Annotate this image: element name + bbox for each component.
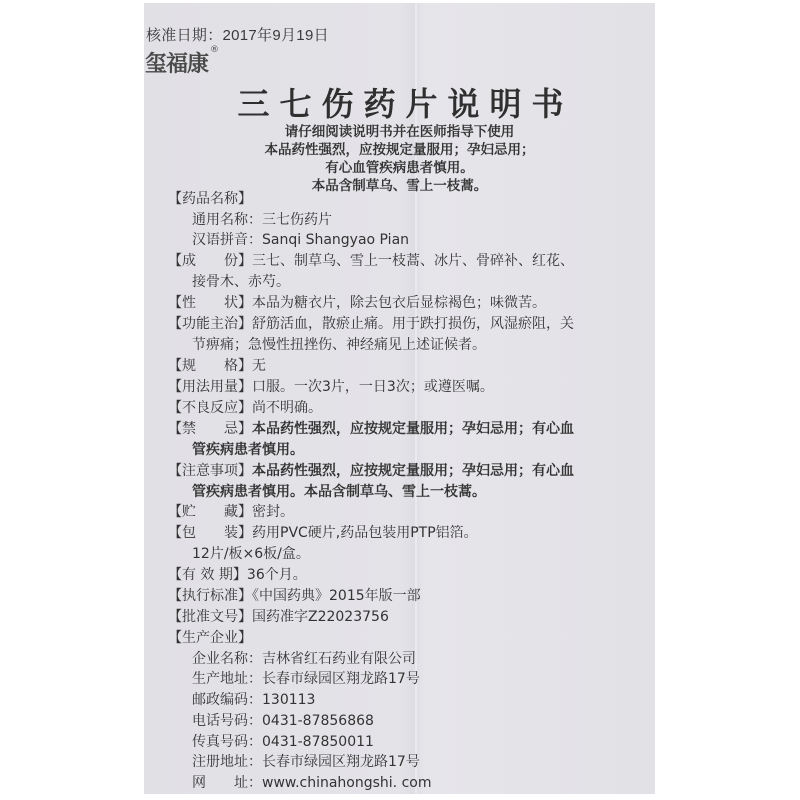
field-label: 企业名称： <box>192 651 262 667</box>
brand-logo: 玺福康® <box>145 47 216 78</box>
section-precautions: 【注意事项】本品药性强烈，应按规定量服用；孕妇忌用；有心血 管疾病患者慎用。本品… <box>168 461 574 502</box>
section-value-cont: 接骨木、赤芍。 <box>168 272 574 293</box>
section-dosage: 【用法用量】口服。一次3片，一日3次；或遵医嘱。 <box>168 377 494 398</box>
registered-mark: ® <box>210 45 218 55</box>
section-value: 无 <box>252 358 266 374</box>
section-label: 【规 格】 <box>168 358 252 374</box>
section-label: 【注意事项】 <box>168 463 252 479</box>
section-standard: 【执行标准】《中国药典》2015年版一部 <box>168 586 421 607</box>
section-value: 密封。 <box>252 504 294 520</box>
field-value: 0431-87850011 <box>262 734 374 750</box>
field-value: 长春市绿园区翔龙路17号 <box>262 754 420 770</box>
section-indications: 【功能主治】舒筋活血，散瘀止痛。用于跌打损伤，风湿瘀阻，关 节痹痛；急慢性扭挫伤… <box>168 314 574 355</box>
field-label: 生产地址： <box>192 671 262 687</box>
section-value: 舒筋活血，散瘀止痛。用于跌打损伤，风湿瘀阻，关 <box>252 316 574 332</box>
section-value: 三七、制草乌、雪上一枝蒿、冰片、骨碎补、红花、 <box>252 253 574 269</box>
manufacturer-row: 电话号码：0431-87856868 <box>168 711 431 732</box>
section-value: 本品为糖衣片，除去包衣后显棕褐色；味微苦。 <box>252 295 546 311</box>
section-label: 【药品名称】 <box>168 189 409 210</box>
section-value-cont: 管疾病患者慎用。本品含制草乌、雪上一枝蒿。 <box>168 482 574 503</box>
section-expiry: 【有 效 期】36个月。 <box>168 565 307 586</box>
field-value: 长春市绿园区翔龙路17号 <box>262 671 420 687</box>
brand-name: 玺福康 <box>145 52 208 77</box>
website-value: www.chinahongshi. com <box>262 775 431 791</box>
section-label: 【用法用量】 <box>168 379 252 395</box>
section-manufacturer: 【生产企业】 企业名称：吉林省红石药业有限公司 生产地址：长春市绿园区翔龙路17… <box>168 628 431 794</box>
field-label: 传真号码： <box>192 734 262 750</box>
section-value: 本品药性强烈，应按规定量服用；孕妇忌用；有心血 <box>252 463 574 479</box>
section-value-cont: 12片/板×6板/盒。 <box>168 544 478 565</box>
field-label: 网 址： <box>192 775 262 791</box>
field-value: 130113 <box>262 692 315 708</box>
section-value: 本品药性强烈，应按规定量服用；孕妇忌用；有心血 <box>252 421 574 437</box>
section-value-cont: 节痹痛；急慢性扭挫伤、神经痛见上述证候者。 <box>168 335 574 356</box>
pinyin-row: 汉语拼音：Sanqi Shangyao Pian <box>168 230 409 251</box>
section-value: 药用PVC硬片,药品包装用PTP铝箔。 <box>252 525 478 541</box>
field-value: 三七伤药片 <box>262 212 332 228</box>
section-label: 【性 状】 <box>168 295 252 311</box>
manufacturer-row: 传真号码：0431-87850011 <box>168 732 431 753</box>
warning-line-2: 本品药性强烈，应按规定量服用；孕妇忌用； <box>144 138 655 158</box>
section-packaging: 【包 装】药用PVC硬片,药品包装用PTP铝箔。 12片/板×6板/盒。 <box>168 523 478 564</box>
section-label: 【包 装】 <box>168 525 252 541</box>
document-title: 三七伤药片说明书 <box>144 79 655 125</box>
section-adverse-reactions: 【不良反应】尚不明确。 <box>168 398 322 419</box>
manufacturer-row: 生产地址：长春市绿园区翔龙路17号 <box>168 669 431 690</box>
section-value: 口服。一次3片，一日3次；或遵医嘱。 <box>252 379 494 395</box>
section-value: 36个月。 <box>247 567 307 583</box>
section-label: 【批准文号】 <box>168 609 252 625</box>
section-label: 【执行标准】 <box>168 588 252 604</box>
generic-name-row: 通用名称：三七伤药片 <box>168 210 409 231</box>
section-specification: 【规 格】无 <box>168 356 266 377</box>
field-label: 邮政编码： <box>192 692 262 708</box>
package-insert-paper: 核准日期：2017年9月19日 玺福康® 三七伤药片说明书 请仔细阅读说明书并在… <box>144 3 655 794</box>
section-label: 【成 份】 <box>168 253 252 269</box>
section-contraindications: 【禁 忌】本品药性强烈，应按规定量服用；孕妇忌用；有心血 管疾病患者慎用。 <box>168 419 574 460</box>
section-value: 尚不明确。 <box>252 400 322 416</box>
field-label: 注册地址： <box>192 754 262 770</box>
section-approval-number: 【批准文号】国药准字Z22023756 <box>168 607 389 628</box>
manufacturer-row: 企业名称：吉林省红石药业有限公司 <box>168 649 431 670</box>
field-label: 通用名称： <box>192 212 262 228</box>
field-label: 电话号码： <box>192 713 262 729</box>
section-storage: 【贮 藏】密封。 <box>168 502 294 523</box>
section-drug-name: 【药品名称】 通用名称：三七伤药片 汉语拼音：Sanqi Shangyao Pi… <box>168 189 409 251</box>
warning-line-1: 请仔细阅读说明书并在医师指导下使用 <box>144 120 655 140</box>
section-value-cont: 管疾病患者慎用。 <box>168 440 574 461</box>
section-value: 国药准字Z22023756 <box>252 609 389 625</box>
section-label: 【有 效 期】 <box>168 567 247 583</box>
field-label: 汉语拼音： <box>192 232 262 248</box>
field-value: Sanqi Shangyao Pian <box>262 232 409 248</box>
section-label: 【禁 忌】 <box>168 421 252 437</box>
section-value: 《中国药典》2015年版一部 <box>252 588 421 604</box>
section-label: 【生产企业】 <box>168 628 431 649</box>
approval-date: 核准日期：2017年9月19日 <box>146 24 329 45</box>
field-value: 0431-87856868 <box>262 713 374 729</box>
section-label: 【不良反应】 <box>168 400 252 416</box>
warning-line-3: 有心血管疾病患者慎用。 <box>144 156 655 176</box>
manufacturer-row: 网 址：www.chinahongshi. com <box>168 773 431 794</box>
section-label: 【贮 藏】 <box>168 504 252 520</box>
manufacturer-row: 邮政编码：130113 <box>168 690 431 711</box>
manufacturer-row: 注册地址：长春市绿园区翔龙路17号 <box>168 752 431 773</box>
section-ingredients: 【成 份】三七、制草乌、雪上一枝蒿、冰片、骨碎补、红花、 接骨木、赤芍。 <box>168 251 574 292</box>
section-label: 【功能主治】 <box>168 316 252 332</box>
field-value: 吉林省红石药业有限公司 <box>262 651 416 667</box>
section-appearance: 【性 状】本品为糖衣片，除去包衣后显棕褐色；味微苦。 <box>168 293 546 314</box>
